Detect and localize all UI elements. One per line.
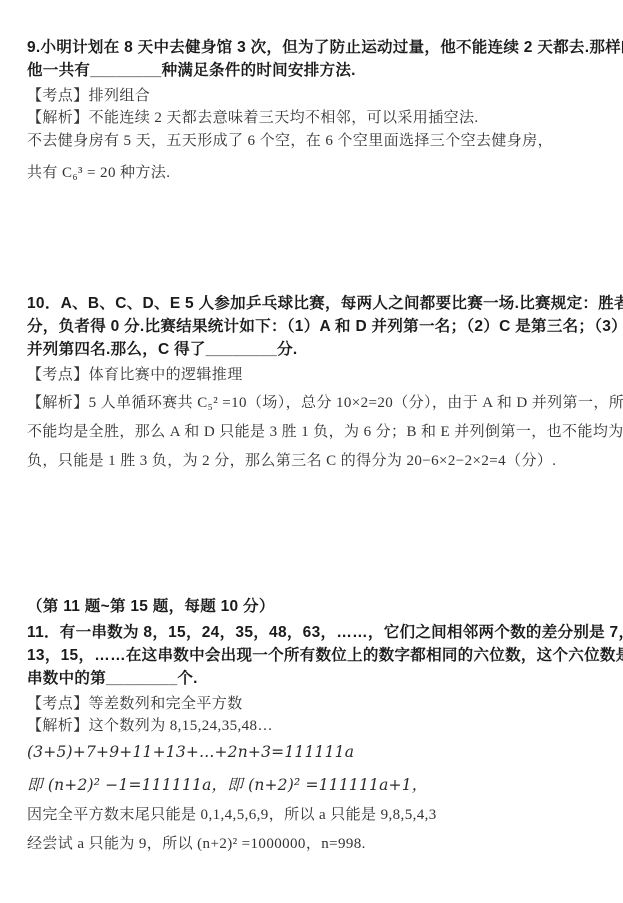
problem-10-question-line-blank: 并列第四名.那么，C 得了________分. <box>27 338 601 361</box>
problem-11-question-line: 13，15，……在这串数中会出现一个所有数位上的数字都相同的六位数，这个六位数是… <box>27 644 601 667</box>
document-page: 9.小明计划在 8 天中去健身馆 3 次，但为了防止运动过量，他不能连续 2 天… <box>0 0 623 903</box>
problem-11-question-line-blank: 串数中的第________个. <box>27 667 601 690</box>
problem-11-jiexi-line: 【解析】这个数列为 8,15,24,35,48… <box>27 715 601 737</box>
problem-9-question-line: 9.小明计划在 8 天中去健身馆 3 次，但为了防止运动过量，他不能连续 2 天… <box>27 36 601 59</box>
problem-10-question-line: 分，负者得 0 分.比赛结果统计如下：（1）A 和 D 并列第一名；（2）C 是… <box>27 315 601 338</box>
problem-10-jiexi-line: 负，只能是 1 胜 3 负，为 2 分，那么第三名 C 的得分为 20−6×2−… <box>27 447 601 476</box>
problem-10-jiexi-line: 【解析】5 人单循环赛共 C₅² =10（场），总分 10×2=20（分），由于… <box>27 389 601 418</box>
problem-9-jiexi-line: 不去健身房有 5 天，五天形成了 6 个空，在 6 个空里面选择三个空去健身房， <box>27 130 601 153</box>
problem-9-question-line-blank: 他一共有________种满足条件的时间安排方法. <box>27 59 601 82</box>
problem-11-kaodian: 【考点】等差数列和完全平方数 <box>27 693 601 715</box>
problem-9-kaodian: 【考点】排列组合 <box>27 85 601 107</box>
problem-10-jiexi-line: 不能均是全胜，那么 A 和 D 只能是 3 胜 1 负，为 6 分；B 和 E … <box>27 418 601 447</box>
problem-11-question-line: 11．有一串数为 8，15，24，35，48，63，……，它们之间相邻两个数的差… <box>27 621 601 644</box>
blank-gap <box>27 186 601 292</box>
problem-10-question-line: 10．A、B、C、D、E 5 人参加乒乓球比赛，每两人之间都要比赛一场.比赛规定… <box>27 292 601 315</box>
section-header: （第 11 题~第 15 题，每题 10 分） <box>27 595 601 618</box>
problem-11-sum-equation: (3+5)+7+9+11+13+...+2n+3=111111a <box>27 740 601 764</box>
problem-9: 9.小明计划在 8 天中去健身馆 3 次，但为了防止运动过量，他不能连续 2 天… <box>27 36 601 186</box>
problem-10-kaodian: 【考点】体育比赛中的逻辑推理 <box>27 364 601 386</box>
problem-9-answer-formula: 共有 C₆³ = 20 种方法. <box>27 160 601 186</box>
problem-11-square-equation: 即 (n+2)² −1=111111a，即 (n+2)² =111111a+1， <box>27 772 601 798</box>
problem-11: 11．有一串数为 8，15，24，35，48，63，……，它们之间相邻两个数的差… <box>27 621 601 857</box>
blank-gap <box>27 476 601 595</box>
problem-11-jiexi-line: 因完全平方数末尾只能是 0,1,4,5,6,9，所以 a 只能是 9,8,5,4… <box>27 802 601 828</box>
problem-9-jiexi-line: 【解析】不能连续 2 天都去意味着三天均不相邻，可以采用插空法. <box>27 107 601 130</box>
problem-11-answer-line: 经尝试 a 只能为 9，所以 (n+2)² =1000000，n=998. <box>27 831 601 857</box>
problem-10: 10．A、B、C、D、E 5 人参加乒乓球比赛，每两人之间都要比赛一场.比赛规定… <box>27 292 601 476</box>
